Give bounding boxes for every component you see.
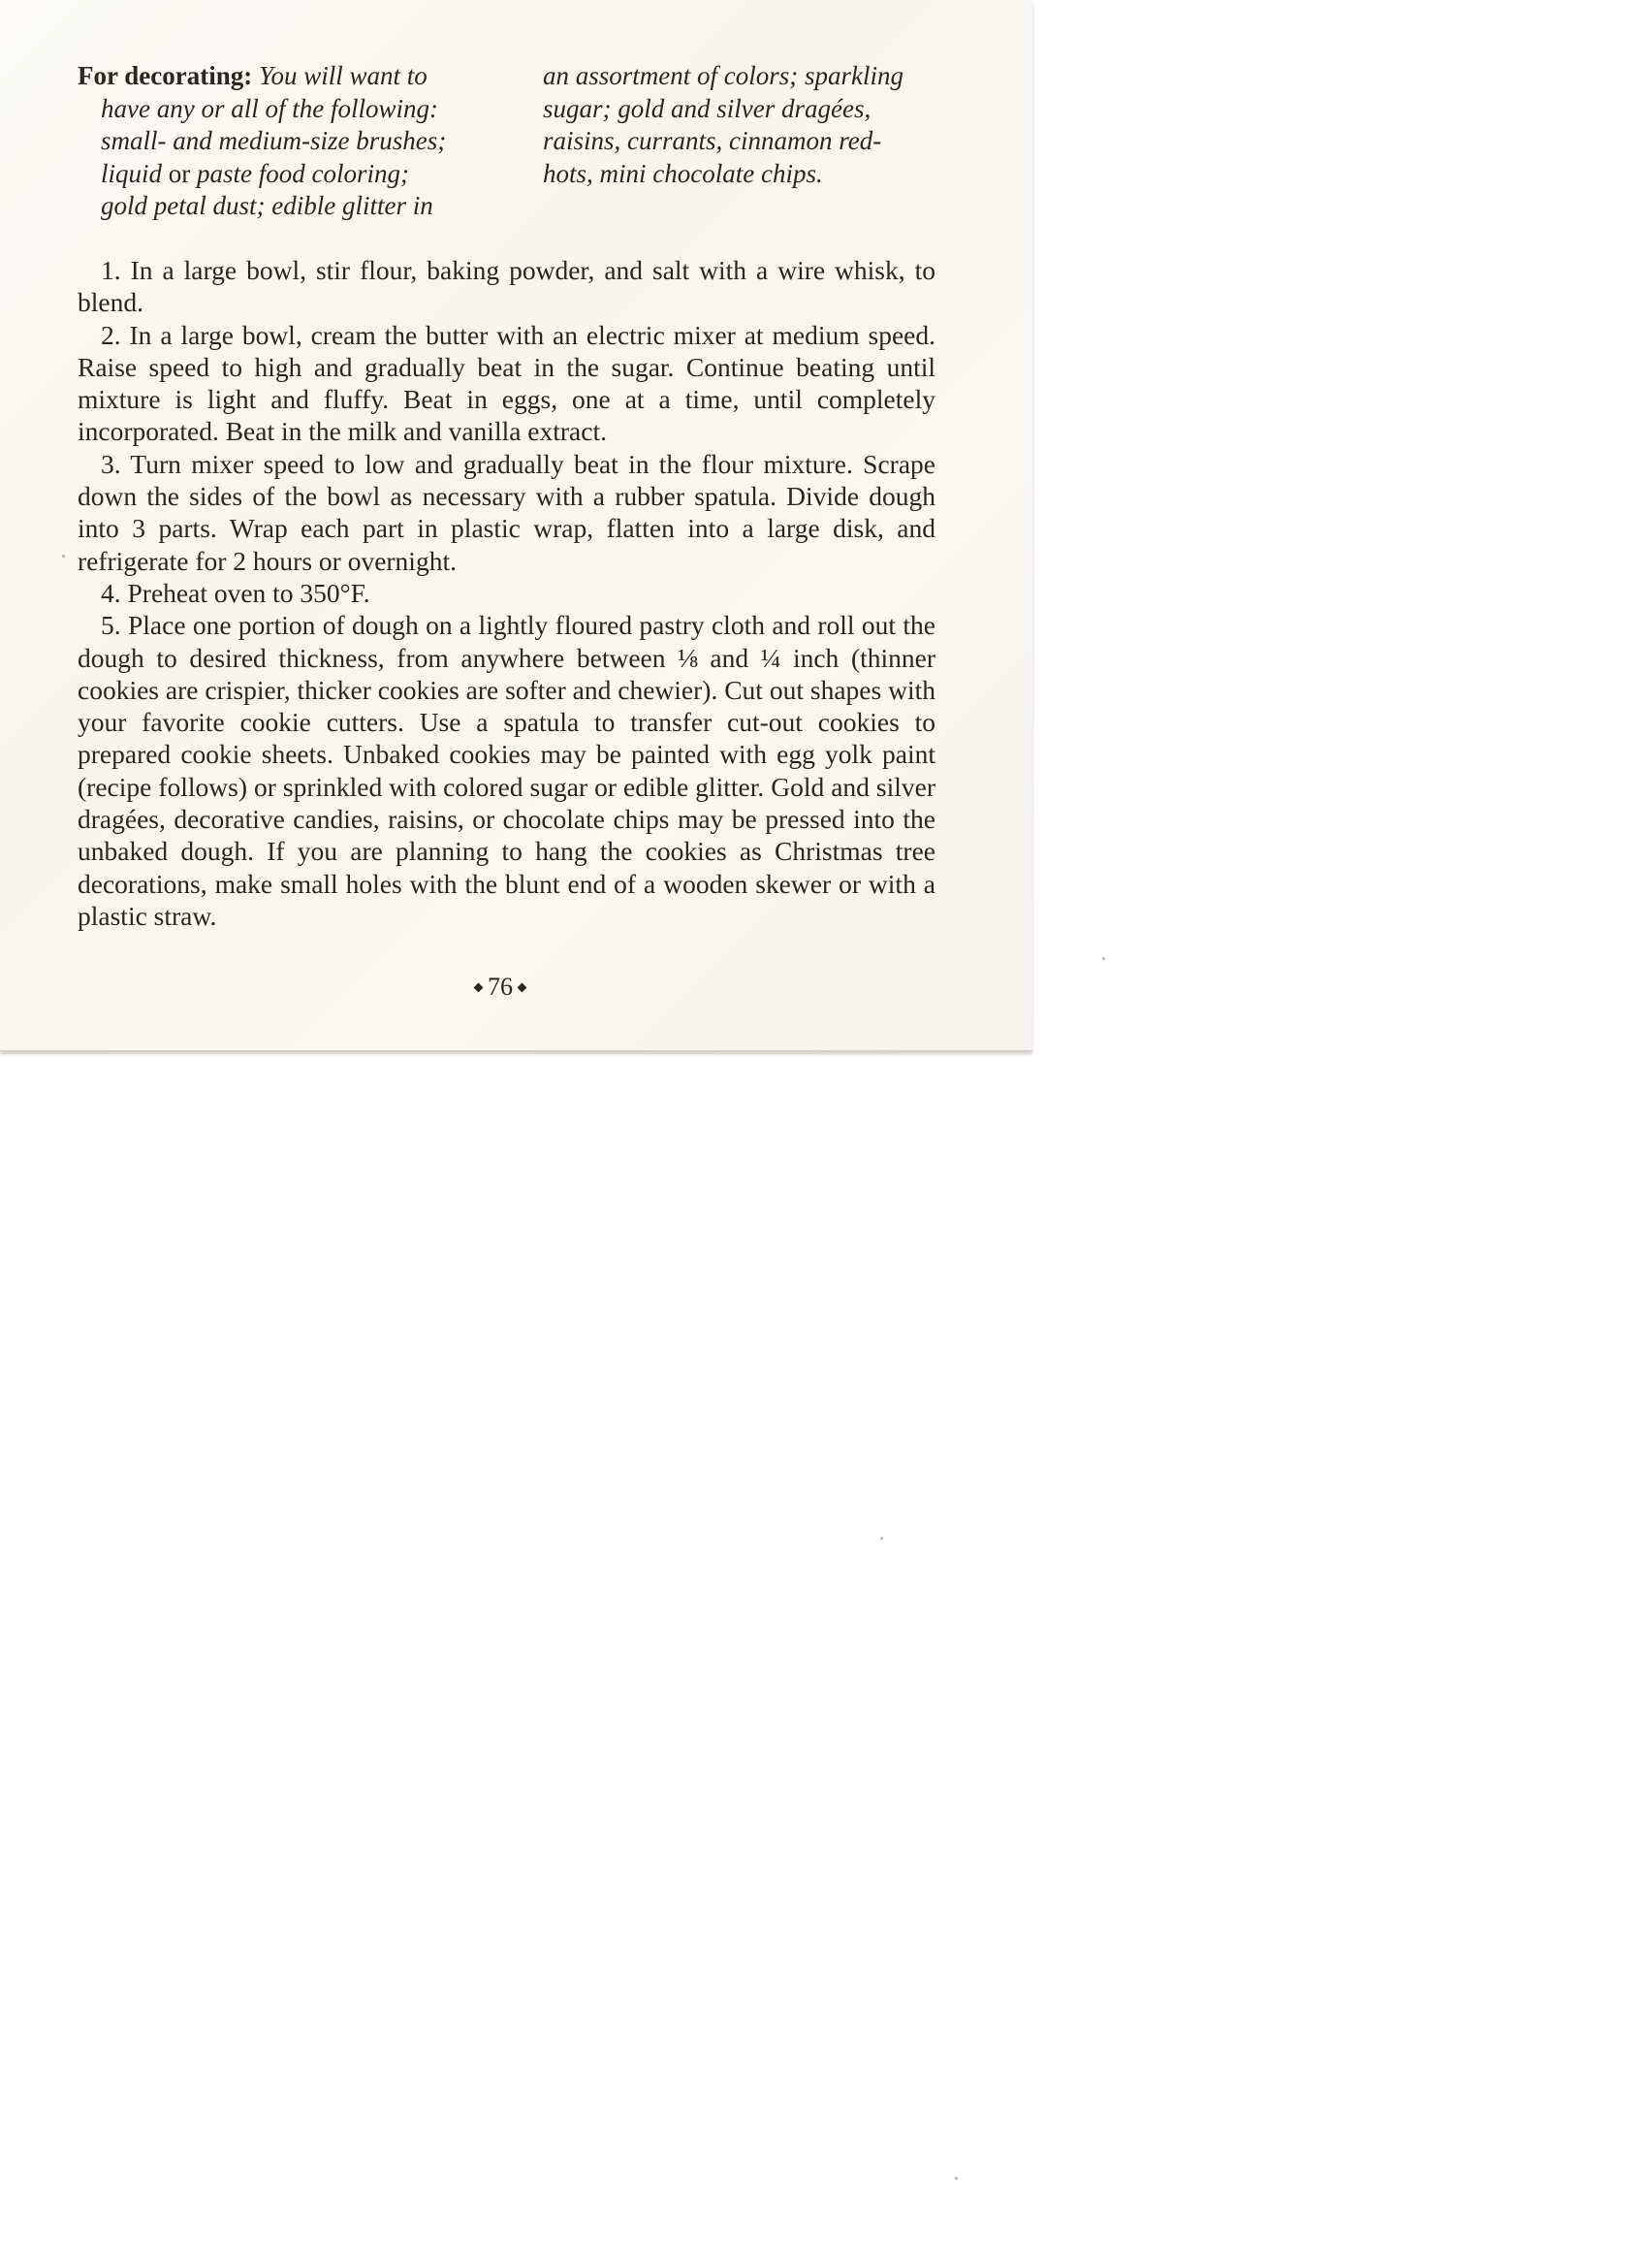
recipe-steps: 1. In a large bowl, stir flour, baking p… xyxy=(78,254,935,932)
page-number-value: 76 xyxy=(488,973,513,1002)
scan-speck xyxy=(880,1537,883,1540)
decorating-column-2: an assortment of colors; sparkling sugar… xyxy=(543,60,931,223)
page-number: 76 xyxy=(475,973,525,1002)
decorating-line: liquid or paste food coloring; xyxy=(78,158,485,191)
decorating-line: gold petal dust; edible glitter in xyxy=(78,190,485,223)
scan-speck xyxy=(955,2177,958,2180)
decorating-line: small- and medium-size brushes; xyxy=(78,125,485,158)
decorating-section: For decorating: You will want to have an… xyxy=(78,60,931,223)
decorating-line: hots, mini chocolate chips. xyxy=(543,158,931,191)
scan-speck xyxy=(1102,957,1105,960)
decorating-column-1: For decorating: You will want to have an… xyxy=(78,60,485,223)
decorating-line: an assortment of colors; sparkling xyxy=(543,60,931,93)
step-3: 3. Turn mixer speed to low and gradually… xyxy=(78,448,935,577)
decorating-line: raisins, currants, cinnamon red- xyxy=(543,125,931,158)
step-2: 2. In a large bowl, cream the butter wit… xyxy=(78,319,935,448)
decorating-line: For decorating: You will want to xyxy=(78,60,485,93)
decorating-label: For decorating: xyxy=(78,61,252,90)
diamond-ornament-icon xyxy=(518,982,527,992)
decorating-line: have any or all of the following: xyxy=(78,93,485,126)
step-1: 1. In a large bowl, stir flour, baking p… xyxy=(78,254,935,319)
decorating-line: sugar; gold and silver dragées, xyxy=(543,93,931,126)
scan-speck xyxy=(62,555,65,558)
scanned-page: For decorating: You will want to have an… xyxy=(0,0,1032,1051)
diamond-ornament-icon xyxy=(474,982,484,992)
step-4: 4. Preheat oven to 350°F. xyxy=(78,577,935,609)
step-5: 5. Place one portion of dough on a light… xyxy=(78,609,935,932)
